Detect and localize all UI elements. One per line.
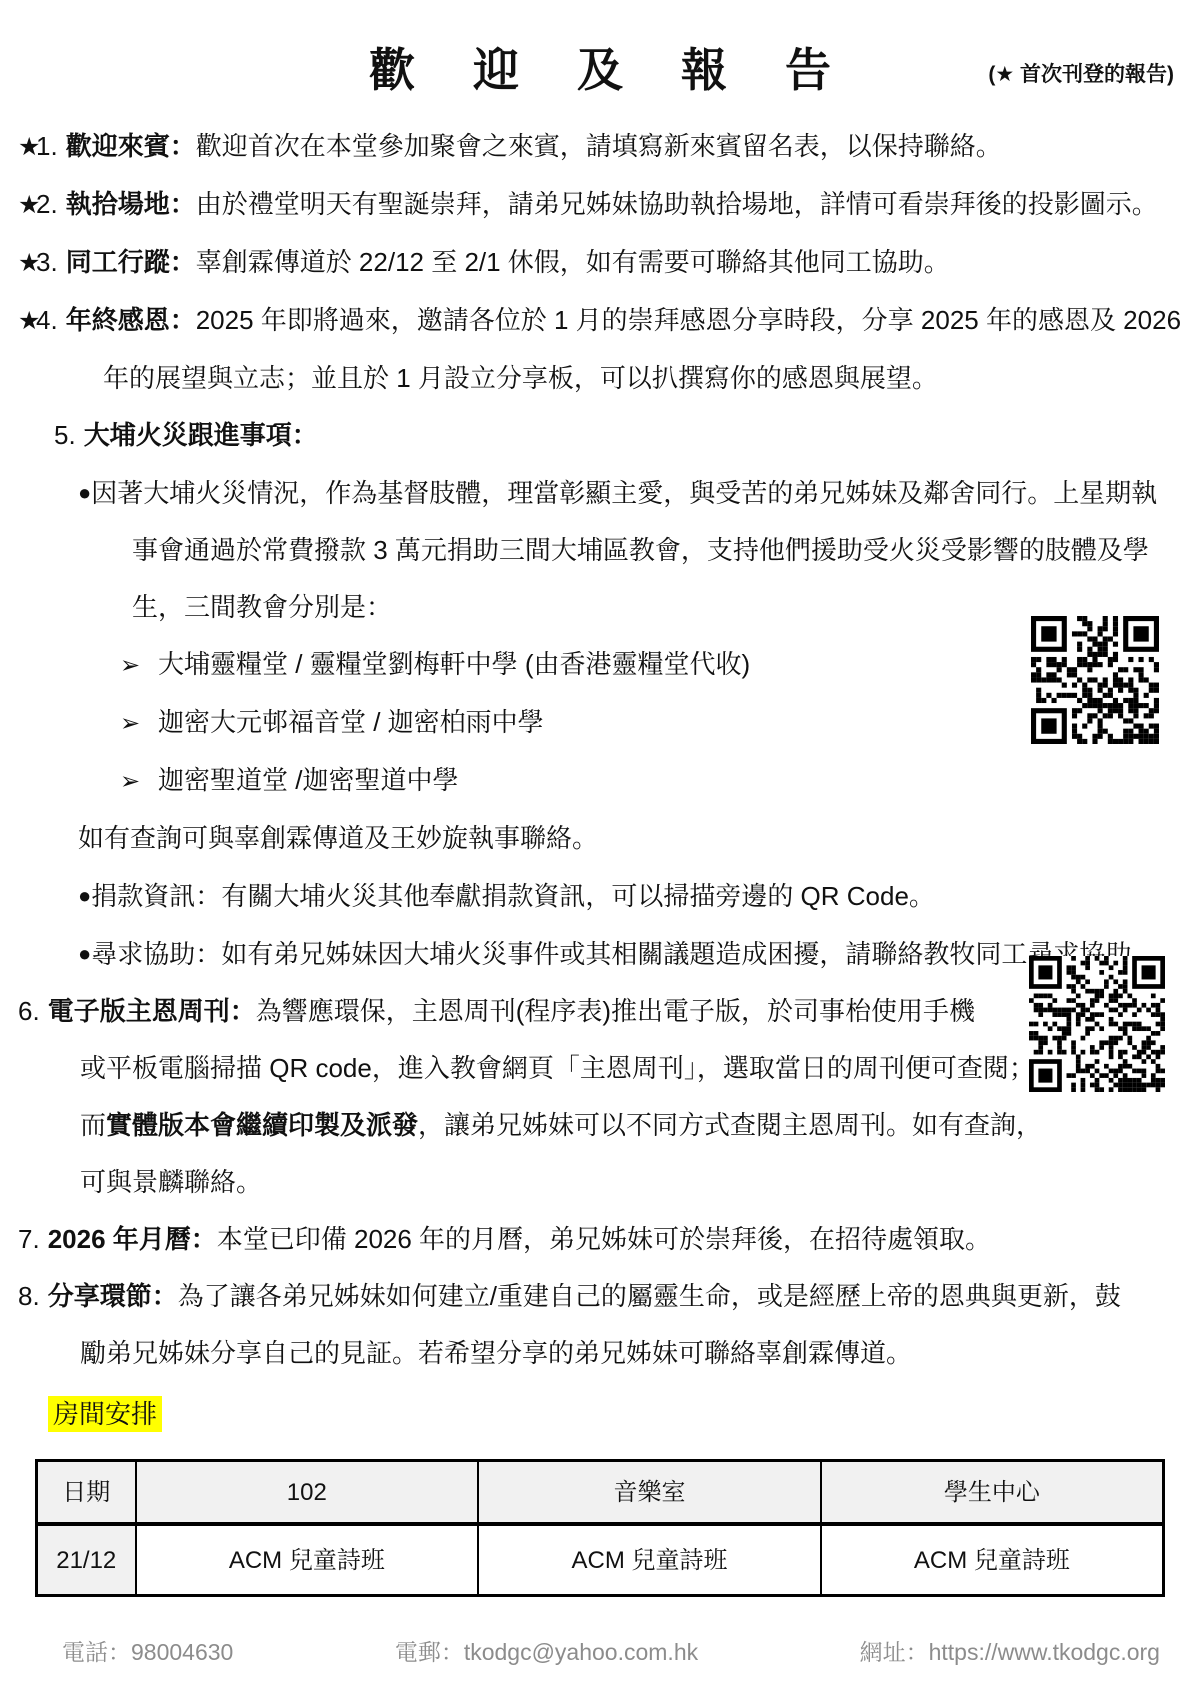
bullet-icon: ● [78,883,91,908]
room-arrangement-section: 房間安排 [18,1386,1184,1443]
table-cell-date: 21/12 [37,1524,136,1596]
item-text: 本堂已印備 2026 年的月曆，弟兄姊妹可於崇拜後，在招待處領取。 [217,1224,991,1254]
church-list-item: ➢迦密聖道堂 /迦密聖道中學 [18,752,1184,810]
room-arrangement-heading: 房間安排 [48,1396,162,1432]
table-header-date: 日期 [37,1461,136,1525]
church-list-item: ➢大埔靈糧堂 / 靈糧堂劉梅軒中學 (由香港靈糧堂代收) [18,636,1184,694]
bullet-text: 有關大埔火災其他奉獻捐款資訊，可以掃描旁邊的 QR Code。 [221,881,935,911]
item-label: 年終感恩： [66,305,196,335]
item-number: 3. [36,234,66,291]
bullet-text-line3: 生，三間教會分別是： [18,579,1184,636]
star-icon: ★ [18,177,36,234]
item-5-contact: 如有查詢可與辜創霖傳道及王妙旋執事聯絡。 [18,810,1184,867]
item-label: 電子版主恩周刊： [48,996,256,1026]
bullet-text-line1: 因著大埔火災情況，作為基督肢體，理當彰顯主愛，與受苦的弟兄姊妹及鄰舍同行。上星期… [91,478,1157,508]
item-number: 5. [54,407,84,464]
item-3: ★3.同工行蹤：辜創霖傳道於 22/12 至 2/1 休假，如有需要可聯絡其他同… [18,234,1184,292]
item-number: 2. [36,176,66,233]
item-text-line3: 而實體版本會繼續印製及派發，讓弟兄姊妹可以不同方式查閱主恩周刊。如有查詢， [18,1097,1184,1154]
item-number: 8. [18,1268,48,1325]
title-note: (★ 首次刊登的報告) [988,58,1174,88]
item-text-line1: 2025 年即將過來，邀請各位於 1 月的崇拜感恩分享時段，分享 2025 年的… [196,305,1181,335]
item-number: 6. [18,983,48,1040]
bulletin-qr-code [1029,956,1165,1092]
item-text-line4: 可與景麟聯絡。 [18,1154,1184,1211]
arrowhead-icon: ➢ [120,753,158,810]
announcement-list: ★1.歡迎來賓：歡迎首次在本堂參加聚會之來賓，請填寫新來賓留名表，以保持聯絡。 … [0,108,1200,1597]
item-5-bullet-2: ●捐款資訊：有關大埔火災其他奉獻捐款資訊，可以掃描旁邊的 QR Code。 [18,867,1184,925]
table-cell-room-102: ACM 兒童詩班 [136,1524,479,1596]
table-cell-music-room: ACM 兒童詩班 [478,1524,821,1596]
item-8: 8.分享環節：為了讓各弟兄姊妹如何建立/重建自己的屬靈生命，或是經歷上帝的恩典與… [18,1268,1184,1382]
item-1: ★1.歡迎來賓：歡迎首次在本堂參加聚會之來賓，請填寫新來賓留名表，以保持聯絡。 [18,118,1184,176]
item-7: 7.2026 年月曆：本堂已印備 2026 年的月曆，弟兄姊妹可於崇拜後，在招待… [18,1211,1184,1268]
footer: 電話：98004630 電郵：tkodgc@yahoo.com.hk 網址：ht… [0,1634,1200,1667]
bullet-label: 捐款資訊： [91,881,221,911]
footer-website: 網址：https://www.tkodgc.org [860,1634,1160,1667]
item-label: 2026 年月曆： [48,1224,217,1254]
bullet-icon: ● [78,941,91,966]
star-icon: ★ [18,119,36,176]
table-cell-student-centre: ACM 兒童詩班 [821,1524,1164,1596]
item-5: 5.大埔火災跟進事項： ●因著大埔火災情況，作為基督肢體，理當彰顯主愛，與受苦的… [18,407,1184,983]
bullet-icon: ● [78,480,91,505]
item-5-bullet-3: ●尋求協助：如有弟兄姊妹因大埔火災事件或其相關議題造成困擾，請聯絡教牧同工尋求協… [18,925,1184,983]
bullet-label: 尋求協助： [91,939,221,969]
bullet-text-line2: 事會通過於常費撥款 3 萬元捐助三間大埔區教會，支持他們援助受火災受影響的肢體及… [18,522,1184,579]
item-text: 由於禮堂明天有聖誕崇拜，請弟兄姊妹協助執拾場地，詳情可看崇拜後的投影圖示。 [196,189,1158,219]
item-number: 1. [36,118,66,175]
church-text: 大埔靈糧堂 / 靈糧堂劉梅軒中學 (由香港靈糧堂代收) [158,649,750,679]
item-label: 大埔火災跟進事項： [84,420,318,450]
item-2: ★2.執拾場地：由於禮堂明天有聖誕崇拜，請弟兄姊妹協助執拾場地，詳情可看崇拜後的… [18,176,1184,234]
table-header-student-centre: 學生中心 [821,1461,1164,1525]
table-header-room-102: 102 [136,1461,479,1525]
room-arrangement-table: 日期 102 音樂室 學生中心 21/12 ACM 兒童詩班 ACM 兒童詩班 … [35,1459,1165,1597]
title-bar: 歡迎及報告 (★ 首次刊登的報告) [0,0,1200,108]
emphasis-text: 實體版本會繼續印製及派發 [106,1110,418,1140]
arrowhead-icon: ➢ [120,695,158,752]
bullet-text: 如有弟兄姊妹因大埔火災事件或其相關議題造成困擾，請聯絡教牧同工尋求協助。 [221,939,1157,969]
table-row: 21/12 ACM 兒童詩班 ACM 兒童詩班 ACM 兒童詩班 [37,1524,1164,1596]
item-number: 7. [18,1211,48,1268]
item-text-line2: 年的展望與立志；並且於 1 月設立分享板，可以扒撰寫你的感恩與展望。 [18,350,1184,407]
footer-phone: 電話：98004630 [62,1634,233,1667]
item-5-bullet-1: ●因著大埔火災情況，作為基督肢體，理當彰顯主愛，與受苦的弟兄姊妹及鄰舍同行。上星… [18,464,1184,636]
church-list-item: ➢迦密大元邨福音堂 / 迦密柏雨中學 [18,694,1184,752]
item-text: 歡迎首次在本堂參加聚會之來賓，請填寫新來賓留名表，以保持聯絡。 [196,131,1002,161]
item-label: 歡迎來賓： [66,131,196,161]
star-icon: ★ [18,293,36,350]
item-4: ★4.年終感恩：2025 年即將過來，邀請各位於 1 月的崇拜感恩分享時段，分享… [18,292,1184,407]
item-number: 4. [36,292,66,349]
item-text-line1: 為了讓各弟兄姊妹如何建立/重建自己的屬靈生命，或是經歷上帝的恩典與更新，鼓 [178,1281,1121,1311]
arrowhead-icon: ➢ [120,637,158,694]
table-header-music-room: 音樂室 [478,1461,821,1525]
church-text: 迦密聖道堂 /迦密聖道中學 [158,765,458,795]
item-text-line2: 勵弟兄姊妹分享自己的見証。若希望分享的弟兄姊妹可聯絡辜創霖傳道。 [18,1325,1184,1382]
table-header-row: 日期 102 音樂室 學生中心 [37,1461,1164,1525]
bulletin-page: { "page": { "title": "歡迎及報告", "title_not… [0,0,1200,1697]
footer-email: 電郵：tkodgc@yahoo.com.hk [395,1634,698,1667]
item-text-line1: 為響應環保，主恩周刊(程序表)推出電子版，於司事枱使用手機 [256,996,975,1026]
item-label: 同工行蹤： [66,247,196,277]
item-text-line2: 或平板電腦掃描 QR code，進入教會網頁「主恩周刊」，選取當日的周刊便可查閱… [18,1040,1184,1097]
item-text: 辜創霖傳道於 22/12 至 2/1 休假，如有需要可聯絡其他同工協助。 [196,247,950,277]
church-text: 迦密大元邨福音堂 / 迦密柏雨中學 [158,707,544,737]
item-label: 執拾場地： [66,189,196,219]
item-label: 分享環節： [48,1281,178,1311]
star-icon: ★ [18,235,36,292]
item-6: 6.電子版主恩周刊：為響應環保，主恩周刊(程序表)推出電子版，於司事枱使用手機 … [18,983,1184,1211]
donation-qr-code [1031,616,1159,744]
